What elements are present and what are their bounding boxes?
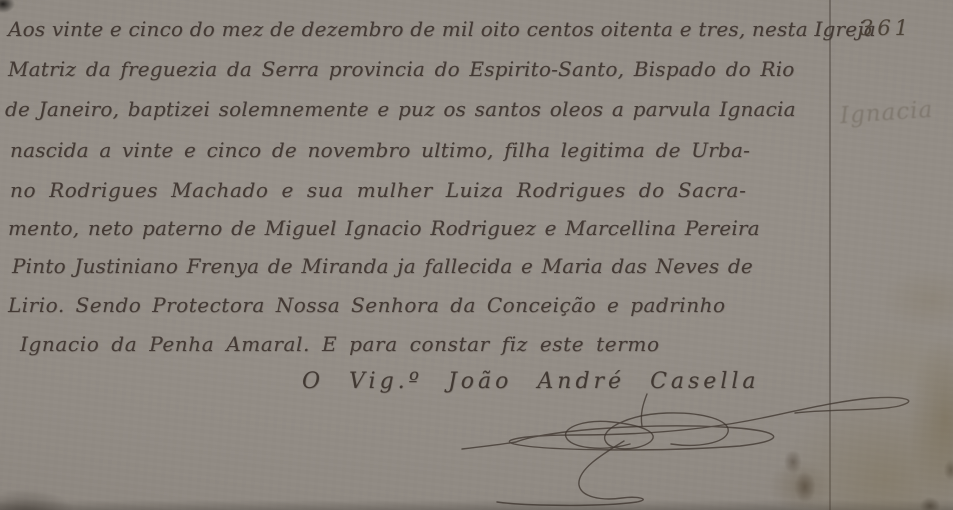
record-line-5: no Rodrigues Machado e sua mulher Luiza …	[10, 177, 746, 203]
record-text-block: Aos vinte e cinco do mez de dezembro de …	[0, 0, 953, 510]
record-line-4: nascida a vinte e cinco de novembro ulti…	[10, 137, 750, 163]
record-line-9: Ignacio da Penha Amaral. E para constar …	[20, 331, 660, 357]
record-line-6: mento, neto paterno de Miguel Ignacio Ro…	[8, 215, 760, 241]
margin-record-number: 361	[860, 16, 912, 41]
record-line-1: Aos vinte e cinco do mez de dezembro de …	[8, 16, 876, 42]
record-line-3: de Janeiro, baptizei solemnemente e puz …	[5, 96, 796, 122]
record-line-2: Matriz da freguezia da Serra provincia d…	[8, 56, 795, 82]
priest-signature: O Vig.º João André Casella	[302, 369, 760, 395]
record-line-8: Lirio. Sendo Protectora Nossa Senhora da…	[8, 292, 726, 318]
record-line-7: Pinto Justiniano Frenya de Miranda ja fa…	[12, 253, 753, 279]
baptism-record-scan: Aos vinte e cinco do mez de dezembro de …	[0, 0, 953, 510]
